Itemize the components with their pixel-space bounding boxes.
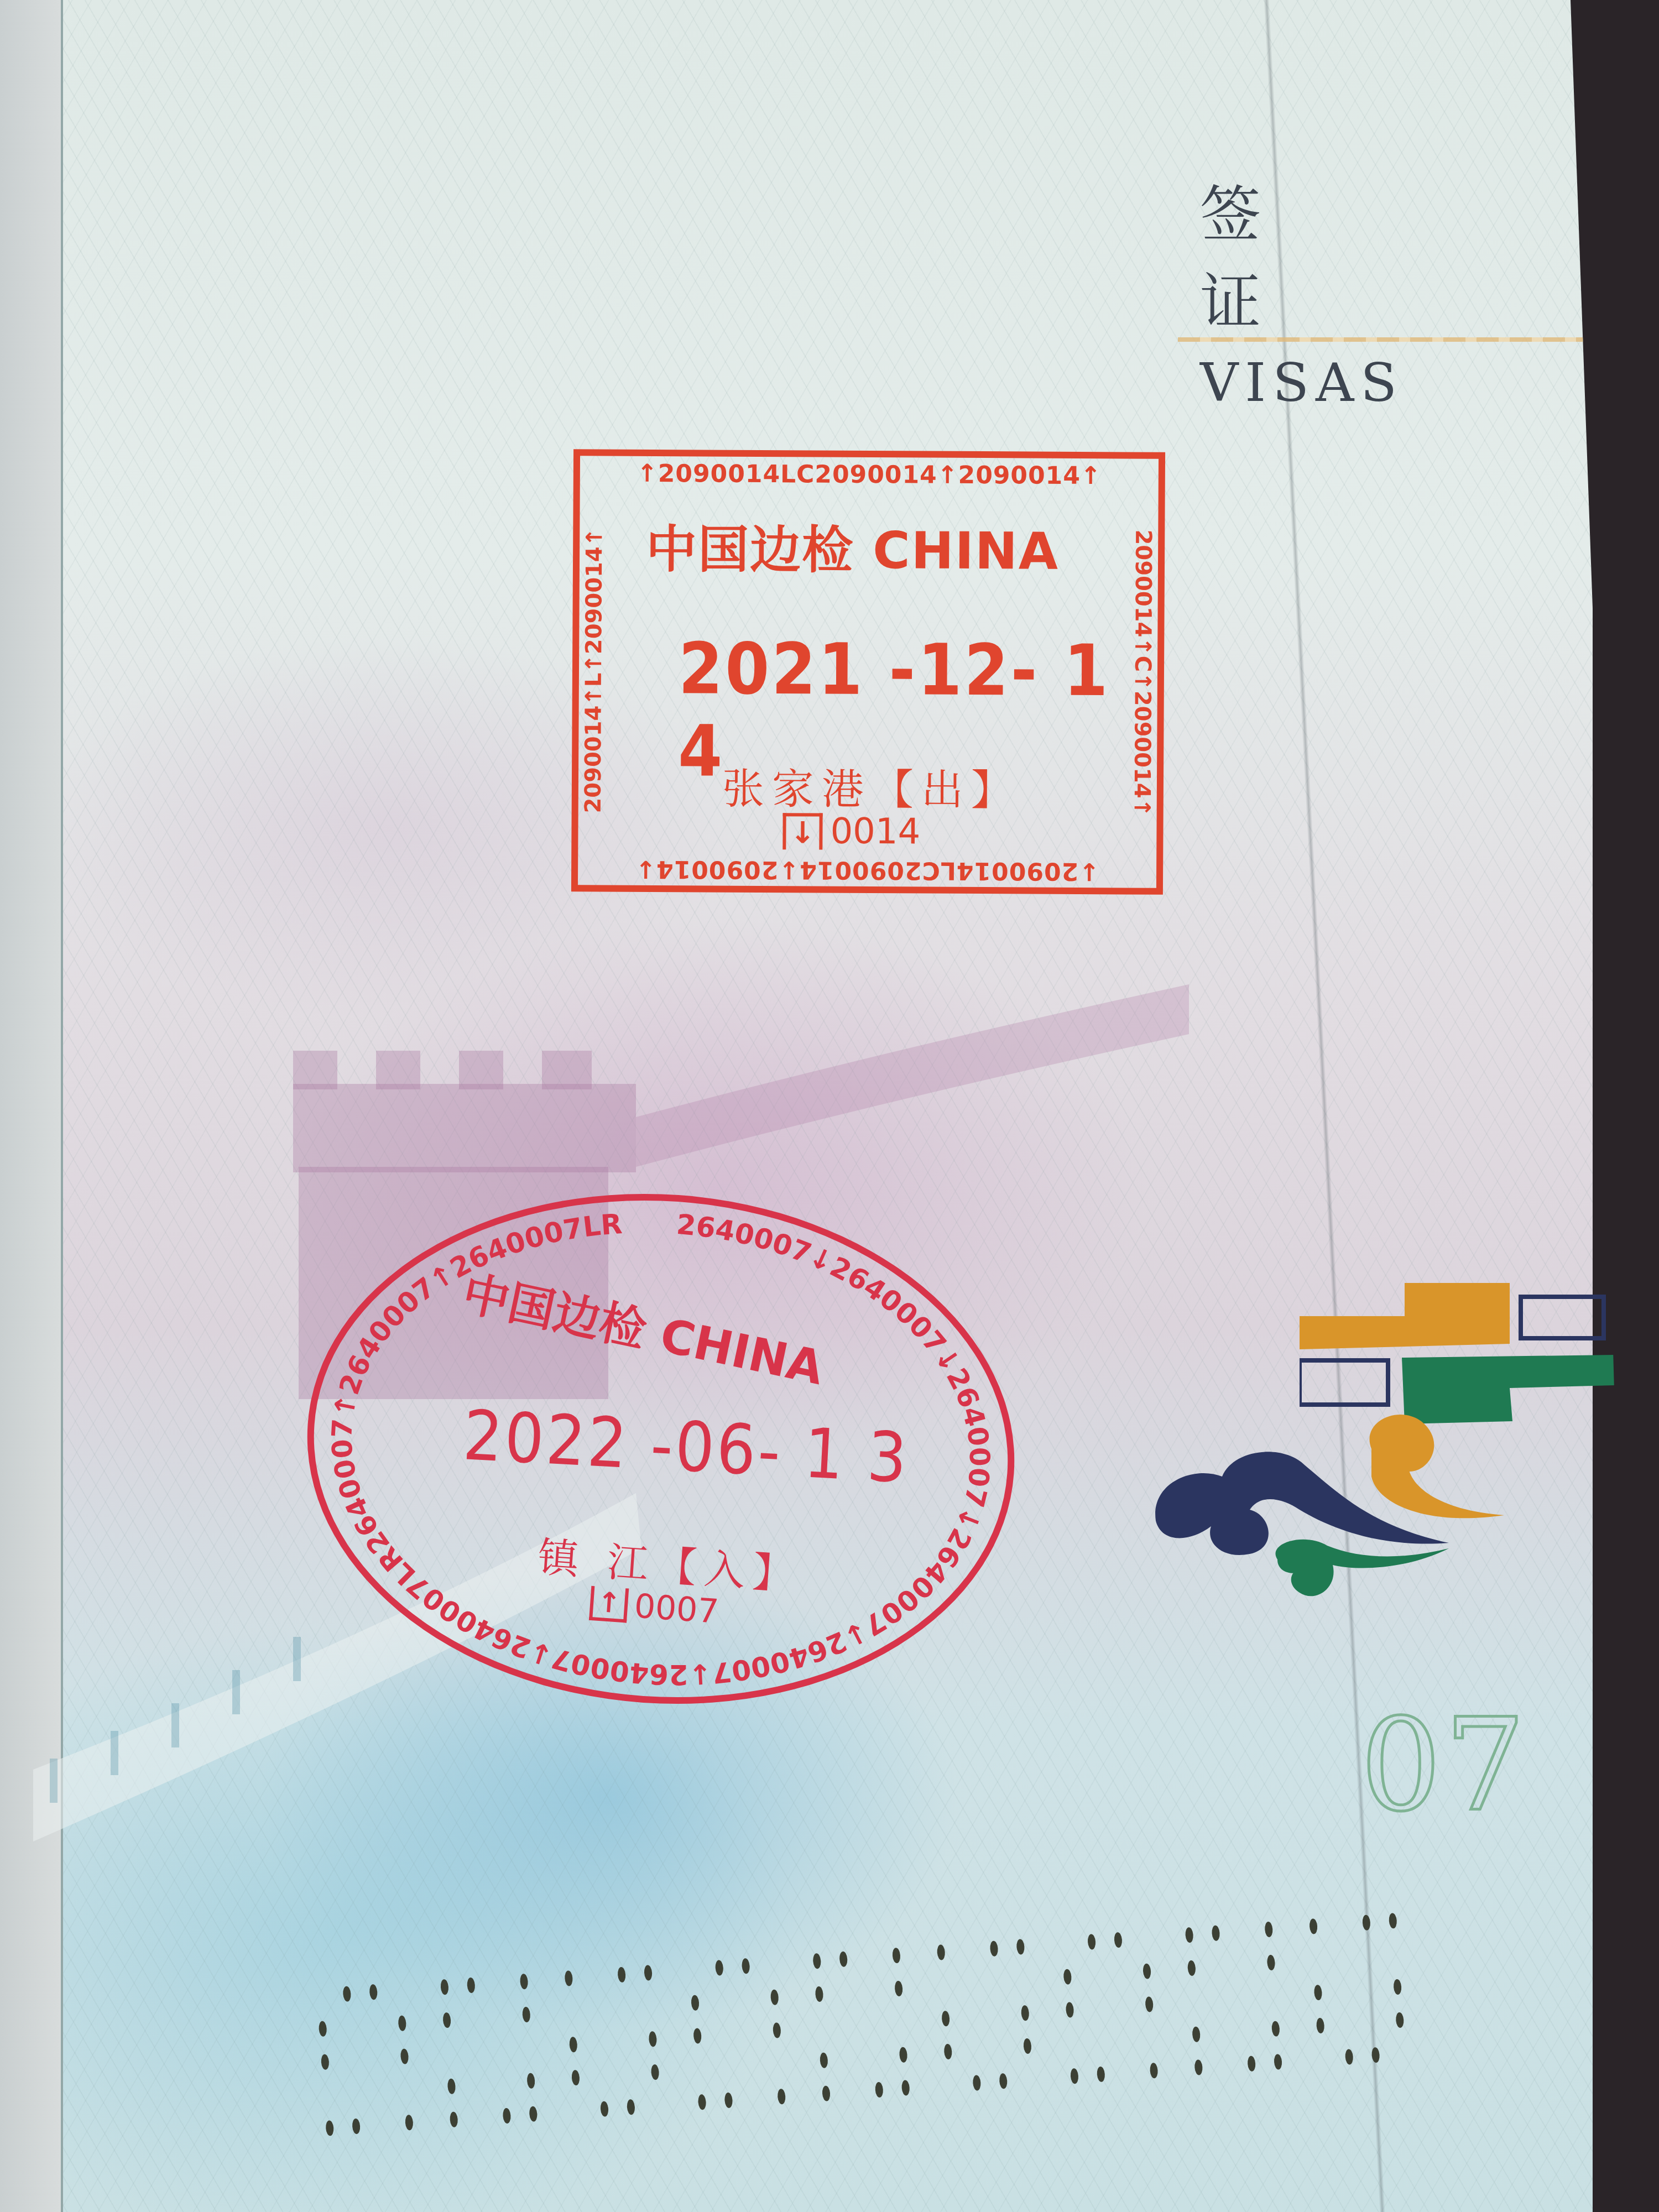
stamp-officer-code: ↓ 0014 (782, 811, 920, 852)
arrow-up-box-icon: ↑ (589, 1586, 629, 1623)
stamp-border-text-left: 2090014↑L↑2090014↑ (580, 478, 610, 863)
stamp-border-text-top: ↑2090014LC2090014↑2090014↑ (602, 459, 1136, 490)
passport-page: 签 证 VISAS ↑2090014LC2090014↑2090014↑ 209… (0, 0, 1593, 2212)
perforated-passport-number (308, 1895, 1459, 2184)
gold-thread-line (1178, 337, 1598, 342)
entry-stamp: 2640007↓2640007↓2640007↓2640007↓2640007↓… (290, 1170, 1031, 1727)
page-header: 签 证 VISAS (1200, 166, 1432, 414)
facing-page-edge (0, 0, 63, 2212)
cloud-swirl-icon (1139, 1383, 1526, 1681)
officer-code-value: 0007 (633, 1587, 720, 1631)
great-wall-watermark (0, 0, 1217, 2212)
officer-code-value: 0014 (830, 811, 920, 853)
exit-stamp: ↑2090014LC2090014↑2090014↑ 2090014↑C↑209… (571, 449, 1165, 895)
stamp-border-text-bottom: ↓2090014LC2090014↓2090014↓ (600, 854, 1134, 885)
stamp-title: 中国边检 CHINA (646, 509, 1060, 584)
page-number: 07 (1360, 1692, 1529, 1840)
header-title-en: VISAS (1200, 352, 1432, 414)
stamp-port: 张家港【出】 (722, 755, 1021, 817)
arrow-down-box-icon: ↓ (782, 813, 822, 849)
header-title-cn: 签 证 (1200, 166, 1432, 341)
